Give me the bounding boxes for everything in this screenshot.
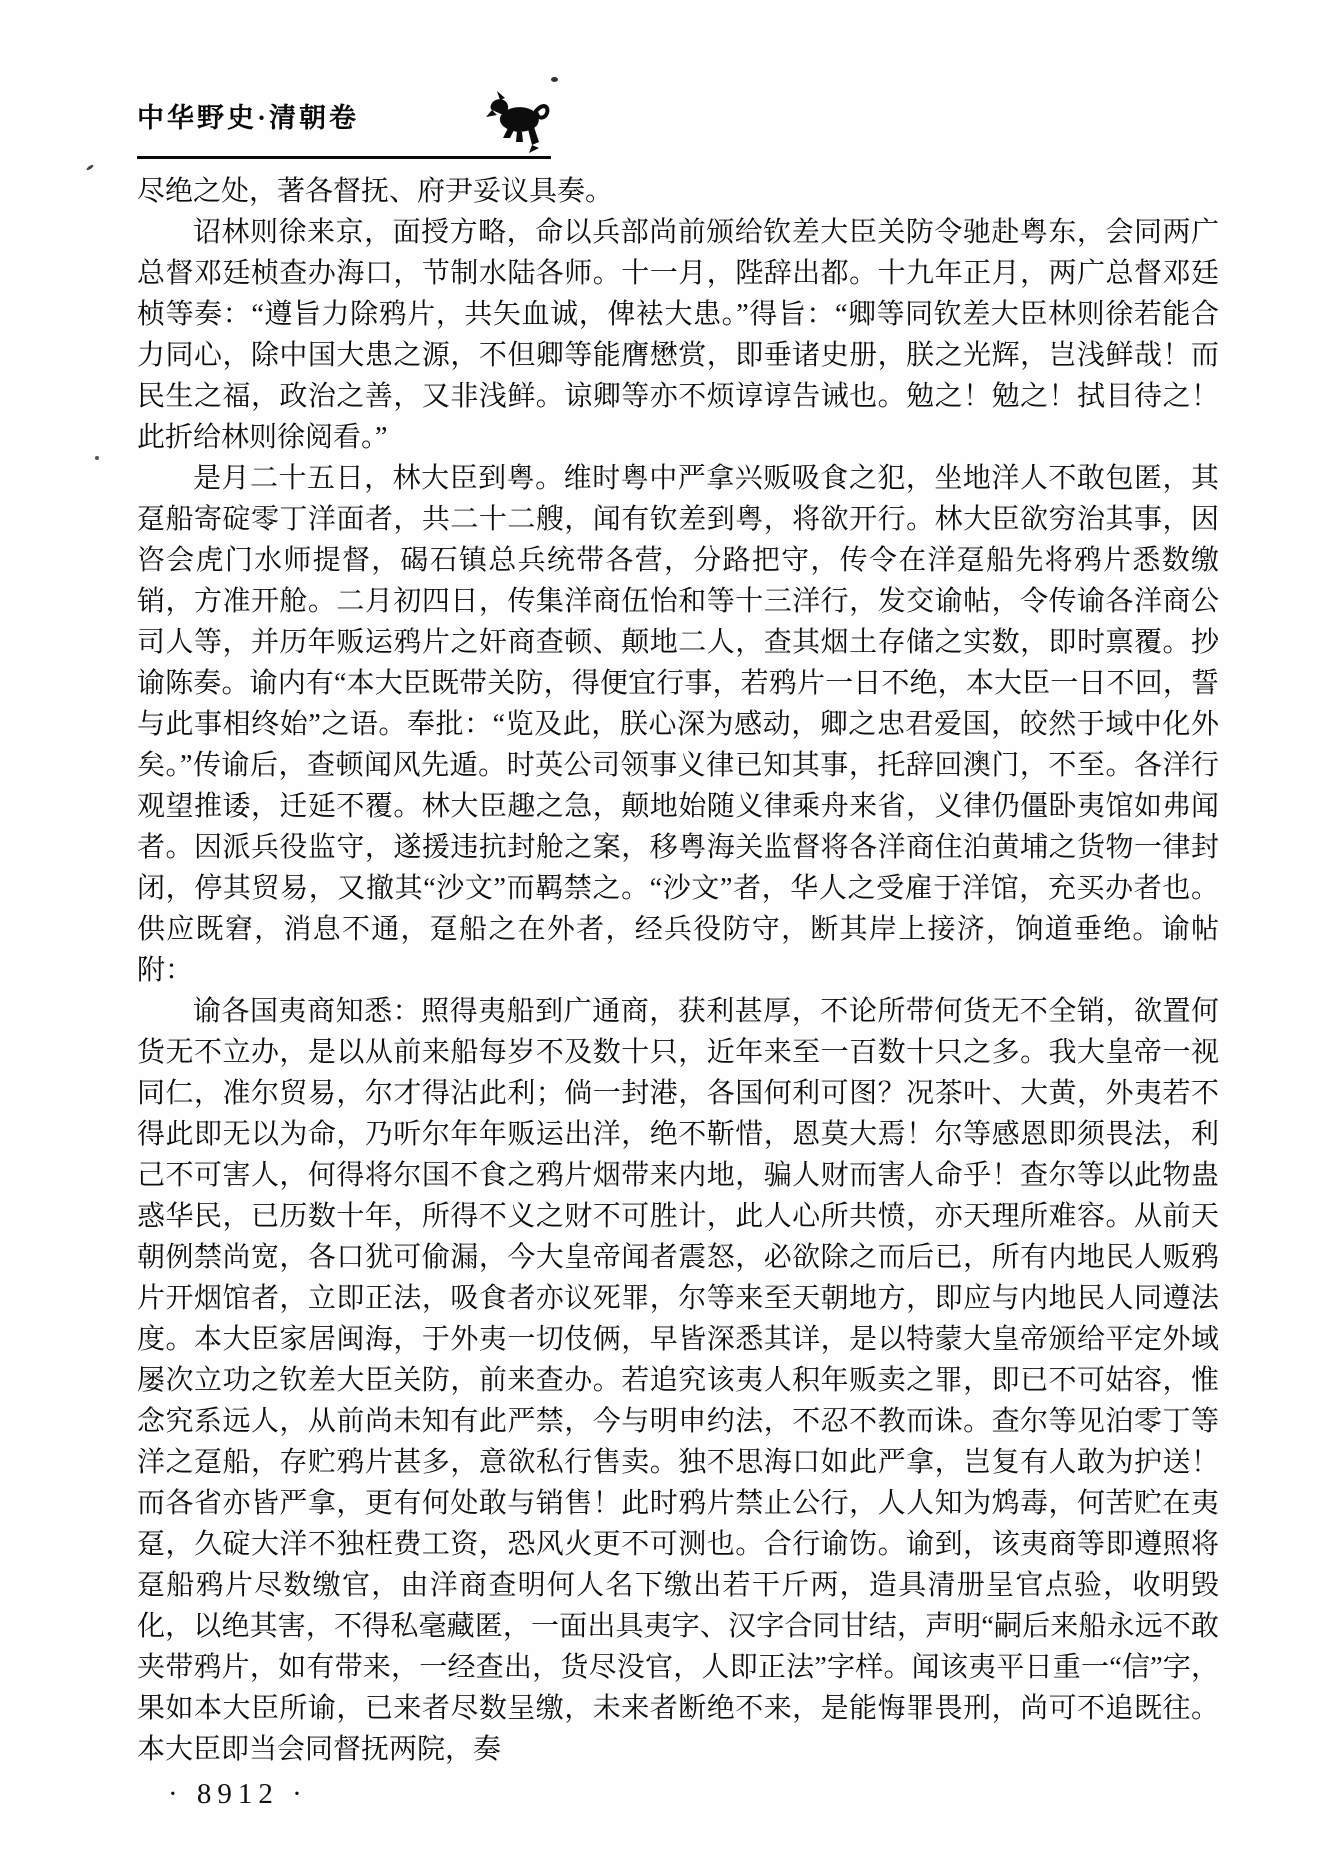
header-divider-rule [137,156,551,159]
page-number: · 8912 · [168,1778,308,1811]
scan-speck [551,77,558,82]
block-quote-proclamation-to-foreign-merchants: 谕各国夷商知悉：照得夷船到广通商，获利甚厚，不论所带何货无不全销，欲置何货无不立… [137,991,1219,1770]
scan-speck [86,164,94,171]
page-body-text: 尽绝之处，著各督抚、府尹妥议具奏。 诏林则徐来京，面授方略，命以兵部尚前颁给钦差… [137,171,1219,1770]
book-page-scan: 中华野史·清朝卷 尽绝之处，著各督抚、府尹妥议具奏。 诏林则徐来京，面授方略，命… [0,0,1322,1870]
book-title: 中华野史·清朝卷 [137,96,359,135]
scan-speck [95,456,99,460]
paragraph-lin-arrival-canton: 是月二十五日，林大臣到粤。维时粤中严拿兴贩吸食之犯，坐地洋人不敢包匿，其趸船寄碇… [137,458,1219,991]
paragraph-continuation: 尽绝之处，著各督抚、府尹妥议具奏。 [137,171,1219,212]
paragraph-edict-to-lin: 诏林则徐来京，面授方略，命以兵部尚前颁给钦差大臣关防令驰赴粤东，会同两广总督邓廷… [137,212,1219,458]
qilin-beast-icon [486,90,550,160]
